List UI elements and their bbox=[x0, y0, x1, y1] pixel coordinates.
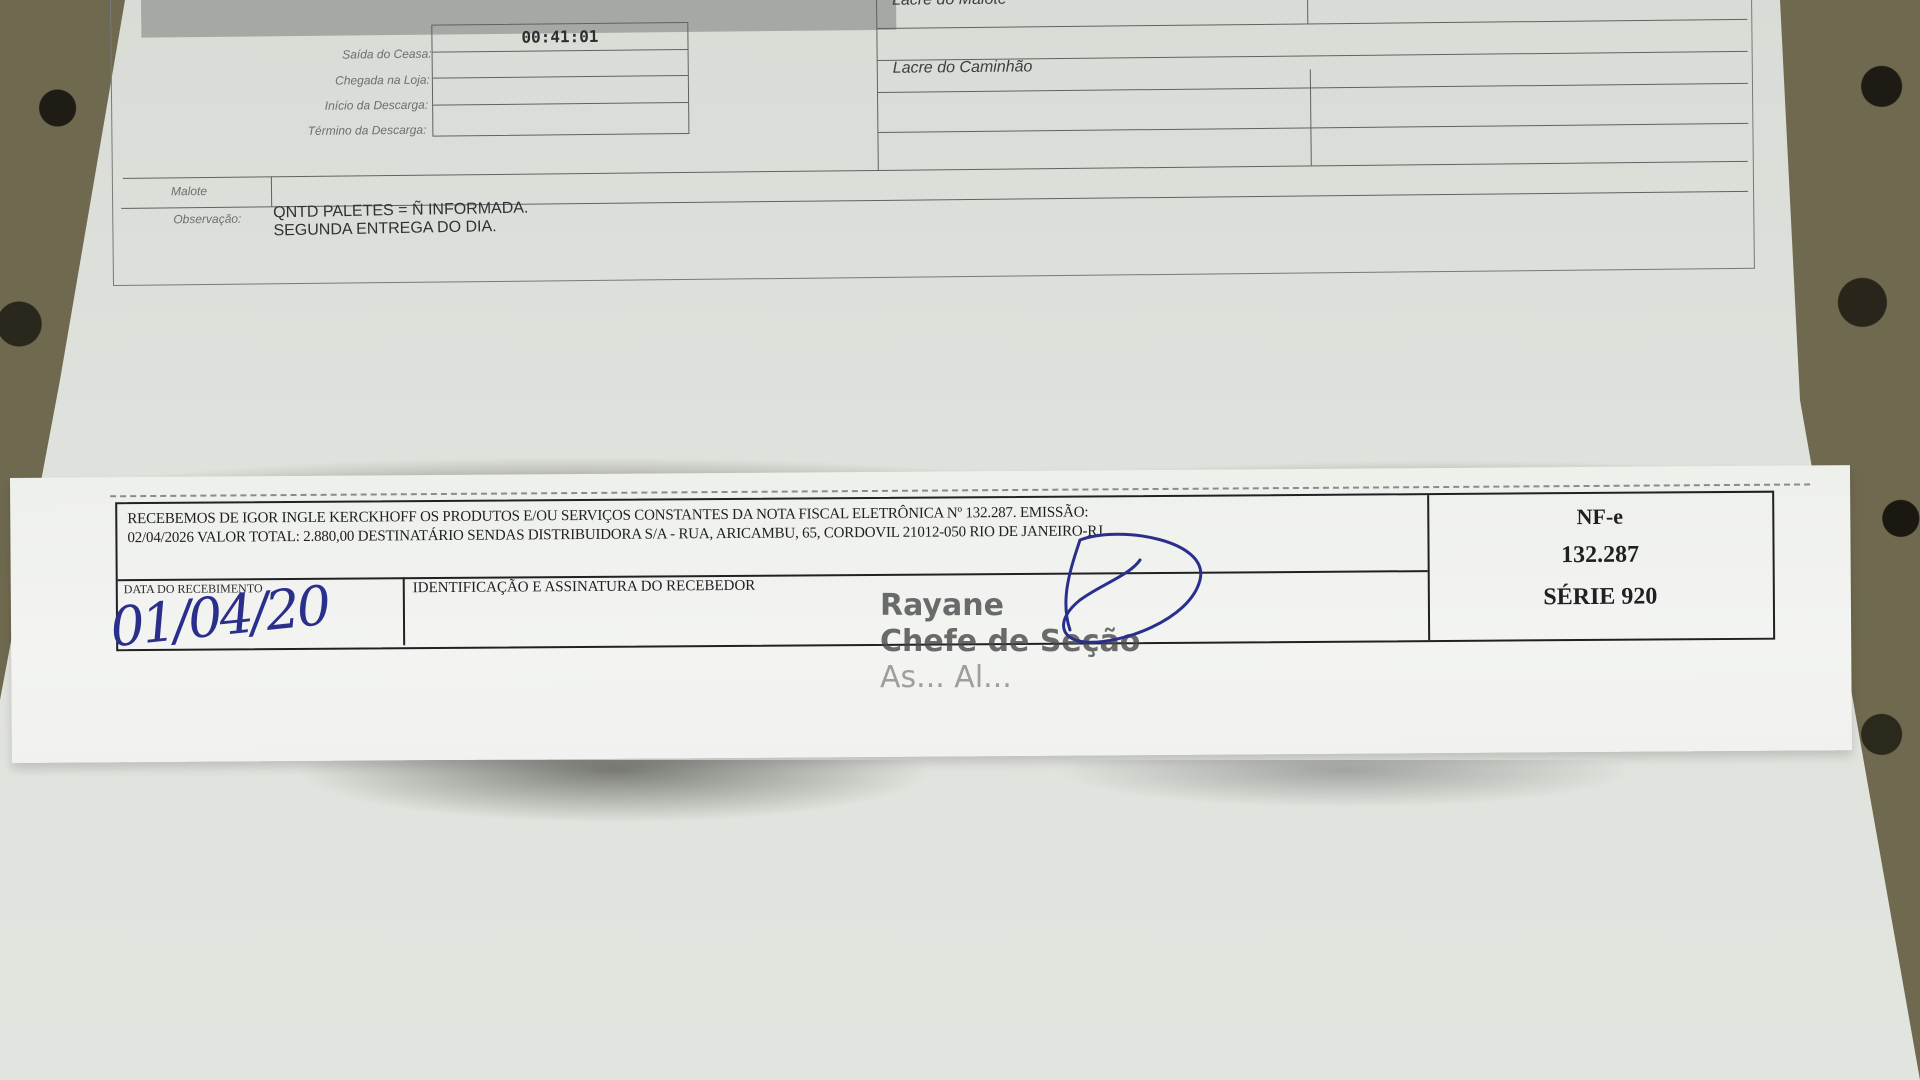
nfe-label: NF-e bbox=[1427, 503, 1772, 531]
divider bbox=[1310, 69, 1312, 165]
observacao-text: QNTD PALETES = Ñ INFORMADA. SEGUNDA ENTR… bbox=[273, 200, 529, 241]
divider bbox=[878, 83, 1748, 93]
times-table: 00:41:01 bbox=[431, 22, 689, 137]
lacre-caminhao-label: Lacre do Caminhão bbox=[893, 58, 1033, 77]
fold-shadow bbox=[0, 760, 1920, 860]
termino-descarga-value bbox=[433, 102, 688, 130]
nfe-number: 132.287 bbox=[1427, 541, 1772, 570]
lacre-section: Lacre do Malote Lacre do Caminhão bbox=[876, 0, 1749, 170]
signature-mark bbox=[1040, 530, 1220, 650]
saida-ceasa-label: Saída do Ceasa: bbox=[202, 47, 432, 63]
observacao-line-2: SEGUNDA ENTREGA DO DIA. bbox=[273, 218, 529, 241]
saida-ceasa-value: 00:41:01 bbox=[432, 23, 687, 52]
receipt-declaration: RECEBEMOS DE IGOR INGLE KERCKHOFF OS PRO… bbox=[127, 501, 1417, 548]
nfe-serie: SÉRIE 920 bbox=[1428, 583, 1773, 612]
chegada-loja-value bbox=[433, 49, 688, 78]
nfe-info: NF-e 132.287 SÉRIE 920 bbox=[1427, 493, 1773, 640]
termino-descarga-label: Término da Descarga: bbox=[196, 123, 426, 139]
divider bbox=[403, 577, 405, 645]
divider bbox=[1307, 0, 1308, 23]
stamp-extra: As... Al... bbox=[880, 660, 1140, 696]
divider bbox=[877, 19, 1747, 29]
observacao-label: Observação: bbox=[173, 212, 241, 227]
malote-label: Malote bbox=[171, 184, 207, 198]
divider bbox=[878, 123, 1748, 133]
inicio-descarga-label: Início da Descarga: bbox=[198, 98, 428, 114]
lacre-malote-label: Lacre do Malote bbox=[892, 0, 1007, 10]
receiver-signature-label: IDENTIFICAÇÃO E ASSINATURA DO RECEBEDOR bbox=[413, 578, 756, 597]
inicio-descarga-value bbox=[433, 76, 688, 105]
divider bbox=[271, 176, 272, 206]
delivery-form: Saída do Ceasa: Chegada na Loja: Início … bbox=[110, 0, 1755, 286]
chegada-loja-label: Chegada na Loja: bbox=[200, 73, 430, 89]
